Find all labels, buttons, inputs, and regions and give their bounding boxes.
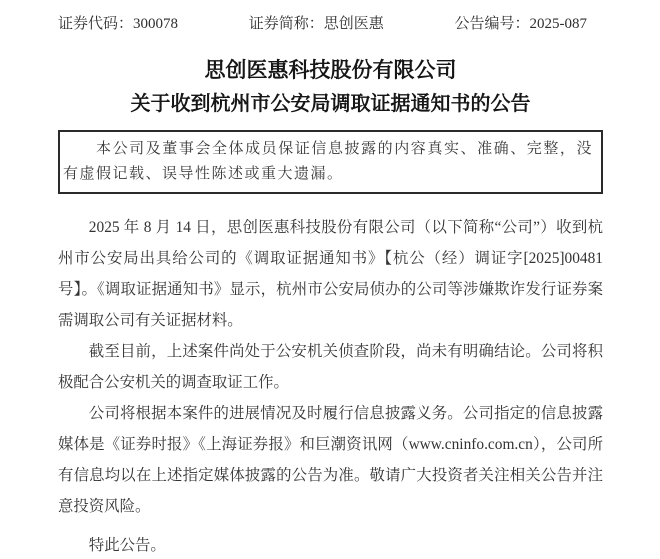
announcement-document: 证券代码：300078 证券简称：思创医惠 公告编号：2025-087 思创医惠… bbox=[0, 0, 660, 559]
paragraph-case-status: 截至目前，上述案件尚处于公安机关侦查阶段，尚未有明确结论。公司将积极配合公安机关… bbox=[58, 336, 603, 398]
paragraph-disclosure-media: 公司将根据本案件的进展情况及时履行信息披露义务。公司指定的信息披露媒体是《证券时… bbox=[58, 398, 603, 522]
disclaimer-box: 本公司及董事会全体成员保证信息披露的内容真实、准确、完整，没有虚假记载、误导性陈… bbox=[58, 130, 603, 194]
closing-statement: 特此公告。 bbox=[58, 530, 603, 559]
stock-name-value: 思创医惠 bbox=[324, 16, 384, 32]
stock-code: 证券代码：300078 bbox=[58, 16, 178, 32]
announcement-number-value: 2025-087 bbox=[530, 16, 588, 32]
stock-name: 证券简称：思创医惠 bbox=[249, 16, 384, 32]
announcement-title: 关于收到杭州市公安局调取证据通知书的公告 bbox=[58, 91, 603, 117]
paragraph-notice-received: 2025 年 8 月 14 日，思创医惠科技股份有限公司（以下简称“公司”）收到… bbox=[58, 212, 603, 336]
stock-code-value: 300078 bbox=[133, 16, 178, 32]
announcement-number: 公告编号：2025-087 bbox=[454, 16, 587, 32]
disclaimer-text: 本公司及董事会全体成员保证信息披露的内容真实、准确、完整，没有虚假记载、误导性陈… bbox=[63, 137, 593, 187]
document-header: 证券代码：300078 证券简称：思创医惠 公告编号：2025-087 bbox=[58, 16, 603, 32]
stock-code-label: 证券代码： bbox=[58, 16, 133, 32]
document-body: 2025 年 8 月 14 日，思创医惠科技股份有限公司（以下简称“公司”）收到… bbox=[58, 212, 603, 559]
stock-name-label: 证券简称： bbox=[249, 16, 324, 32]
announcement-number-label: 公告编号： bbox=[454, 16, 529, 32]
company-title: 思创医惠科技股份有限公司 bbox=[58, 57, 603, 83]
